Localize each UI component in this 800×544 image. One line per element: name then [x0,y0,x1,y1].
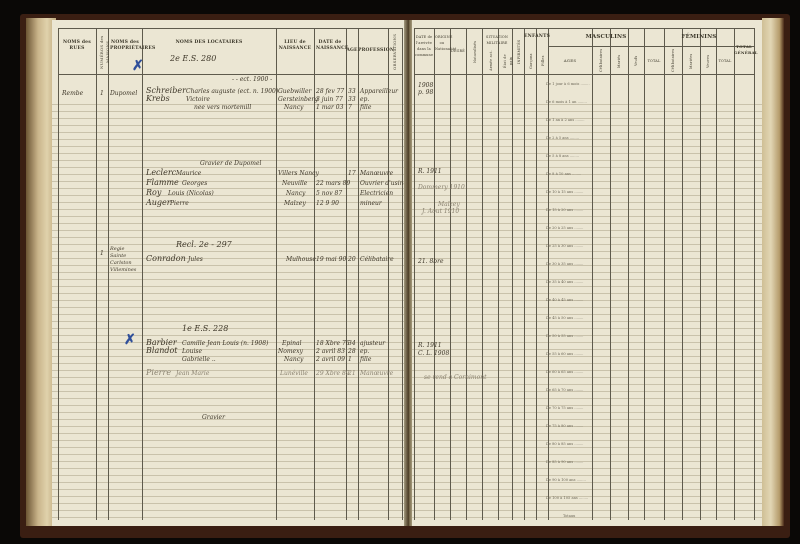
tenant-firstname: Jules [188,256,203,263]
birthdate: 18 Xbre 76 [316,340,350,347]
header-m-total: TOTAL [644,58,664,64]
age-range: De 1 jour à 6 mois [546,82,590,86]
annotation: Malzey [438,201,460,208]
header-armee-active: Armée act. [488,50,494,72]
annotation: C. L. 1908 [418,350,449,357]
age-range: De 45 à 50 ans [546,316,583,320]
tenant-surname: Blandot [146,346,178,355]
age-range: De 100 à 105 ans [546,496,588,500]
annotation: 1908 [418,82,433,89]
col-rule [498,28,499,520]
annotation: J. Aout 1910 [422,208,459,215]
header-top-rule [58,28,402,29]
birthplace: Nancy [284,356,303,363]
col-rule [276,28,277,520]
profession: Electricien [360,190,393,197]
birthdate: 3 juin 77 [316,96,343,103]
header-age: AGE [346,48,358,54]
age: 1 [348,356,352,363]
header-proprietaires: NOMS des PROPRIÉTAIRES [110,40,140,52]
col-rule [536,28,537,520]
tenant-surname: Leclerc [146,168,176,177]
age-range: De 10 à 15 ans [546,190,583,194]
col-rule [434,28,435,520]
birthdate: 2 avril 09 [316,356,345,363]
birthplace: Neuville [282,180,307,187]
age-range: De 85 à 90 ans [546,460,583,464]
tenant-firstname: Victoire [186,96,210,103]
header-observations: OBSERVATIONS [392,34,398,70]
col-rule [58,28,59,520]
header-mid-rule [548,46,754,47]
totals-label: Totaux [563,514,575,518]
col-rule [482,28,483,520]
section-heading: Gravier de Dupomel [200,160,261,167]
age-range: De 2 à 5 ans [546,136,579,140]
age: 20 [348,256,356,263]
header-ages: AGES [548,58,592,64]
col-rule [388,28,389,520]
birthplace: Nancy [284,104,303,111]
header-m-veufs: Veufs [633,50,639,72]
col-rule [402,28,403,520]
age: 33 [348,88,356,95]
profession: ajusteur [360,340,385,347]
header-situation: SITUATION MILITAIRE [482,34,512,46]
col-rule [664,28,665,520]
birthplace: Lunéville [280,370,308,377]
age: 28 [348,348,356,355]
header-enfants: ENFANTS [524,34,548,40]
birthplace: Villers Nancy [278,170,319,177]
age: 33 [348,96,356,103]
birthdate: 12 9 90 [316,200,339,207]
birthplace: Guebwiller [278,88,311,95]
col-rule [644,28,645,520]
header-degre: DEGRÉ [451,48,465,54]
header-profession: PROFESSION [358,48,388,54]
col-rule [610,28,611,520]
age-range: De 40 à 45 ans [546,298,583,302]
header-origine: ORIGINE ou Nationalité [435,34,449,52]
col-rule [524,28,525,520]
age: 21 [348,370,356,377]
birthdate: 5 nov 87 [316,190,342,197]
age-range: De 5 à 8 ans [546,154,579,158]
age-range: De 1 an à 2 ans [546,118,584,122]
birthplace: Nancy [286,190,305,197]
age-range: De 50 à 55 ans [546,334,583,338]
header-total-general: TOTAL GÉNÉRAL [734,44,754,56]
col-rule [358,28,359,520]
tenant-firstname: Georges [182,180,207,187]
age-range: De 25 à 30 ans [546,244,583,248]
tenant-surname: Auger [146,198,171,207]
age-range: De 70 à 75 ans [546,406,583,410]
header-masculins: MASCULINS [548,34,664,40]
tenant-firstname: Louis (Nicolas) [168,190,214,197]
age: 7 [348,104,352,111]
age-range: De 60 à 65 ans [546,370,583,374]
header-m-maries: Mariés [616,50,622,72]
profession: fille [360,356,371,363]
section-note: 1e E.S. 228 [182,324,228,333]
section-note: Recl. 2e - 297 [176,240,232,249]
house-number: 1 [100,250,104,257]
age-range: De 75 à 80 ans [546,424,583,428]
profession: ep. [360,96,369,103]
age-range: De 55 à 60 ans [546,352,583,356]
col-rule [734,28,735,520]
tenant-surname: Conradon [146,254,186,263]
tenant-surname: Pierre [146,368,171,377]
col-rule [682,28,683,520]
header-f-mariees: Mariées [688,50,694,72]
section-note: - - ect. 1900 - [232,76,272,83]
header-f-total: TOTAL [716,58,734,64]
col-rule [450,28,451,520]
col-rule [628,28,629,520]
birthplace: Gersteinberg [278,96,318,103]
profession: fille [360,104,371,111]
tenant-firstname: Maurice [176,170,201,177]
tenant-firstname: nee vers mortemill [194,104,251,111]
profession: Manœuvre [360,170,393,177]
age-range: De 15 à 20 ans [546,208,583,212]
col-rule [716,28,717,520]
birthplace: Malzey [284,200,306,207]
col-rule [96,28,97,520]
annotation: Dommery 1910 [418,184,465,191]
profession: ep. [360,348,369,355]
profession: Célibataire [360,256,394,263]
profession: Appareilleur [360,88,398,95]
owner-name: Dupomel [110,90,137,97]
header-f-celibataires: Célibataires [670,50,676,72]
col-rule [754,28,755,520]
header-bottom-rule [414,74,754,75]
profession: Manœuvre [360,370,393,377]
tenant-firstname: Camille Jean Louis (n. 1908) [182,340,268,347]
owner-name: Regie Sainte Carlston Villemines [110,246,140,274]
age-range: De 80 à 85 ans [546,442,583,446]
tenant-firstname: Gabrielle .. [182,356,216,363]
header-rues: NOMS des RUES [60,40,94,52]
col-rule [414,28,415,520]
street-name: Rembe [62,90,83,97]
birthdate: 29 Xbre 89 [316,370,350,377]
birthdate: 2 avril 83 [316,348,345,355]
house-number: 1 [100,90,104,97]
age-range: De 30 à 35 ans [546,262,583,266]
birthdate: 1 mar 03 [316,104,343,111]
header-filles: Filles [540,50,546,72]
header-date-arrivee: DATE de l'arrivée dans la commune [415,34,433,58]
age-range: De 20 à 25 ans [546,226,583,230]
col-rule [700,28,701,520]
birthdate: 22 mars 89 [316,180,350,187]
header-garcons: Garçons [528,50,534,72]
col-rule [512,28,513,520]
birthdate: 28 fev 77 [316,88,344,95]
col-rule [592,28,593,520]
header-infirmites: INFIRMITÉS [516,32,522,72]
section-heading: Gravier [202,414,225,421]
left-page: NOMS des RUES NUMÉROS des MAISONS NOMS d… [52,20,406,526]
tenant-surname: Roy [146,188,161,197]
header-top-rule [414,28,754,29]
tenant-surname: Krebs [146,94,170,103]
annotation: se rend à Cornimont [424,374,486,381]
birthplace: Mulhouse [286,256,316,263]
header-date: DATE de NAISSANCE [316,40,344,52]
birthplace: Epinal [282,340,302,347]
page-edges-right [762,18,784,526]
age: 34 [348,340,356,347]
tenant-surname: Flamme [146,178,179,187]
age-range: De 90 à 100 ans [546,478,586,482]
header-feminins: FÉMININS [664,34,734,40]
annotation: p. 98 [418,89,433,96]
age-range: De 8 à 10 ans [546,172,581,176]
header-bottom-rule [58,74,402,75]
header-m-celibataires: Célibataires [598,50,604,72]
col-rule [142,28,143,520]
header-naturalises: Naturalisés [472,32,478,72]
tenant-firstname: Jean Marie [176,370,209,377]
col-rule [108,28,109,520]
profession: mineur [360,200,382,207]
header-lieu: LIEU de NAISSANCE [278,40,312,52]
birthplace: Nomexy [278,348,303,355]
header-f-veuves: Veuves [705,50,711,72]
ruled-lines [412,98,762,520]
age-range: De 65 à 70 ans [546,388,583,392]
blue-cross-mark: ✗ [124,332,136,348]
age-range: De 35 à 40 ans [546,280,583,284]
birthdate: 19 mai 90 [316,256,346,263]
tenant-firstname: Pierre [170,200,189,207]
header-locataires: NOMS DES LOCATAIRES [144,40,274,46]
col-rule [466,28,467,520]
header-etat-paix: État de paix [502,50,514,72]
tenant-firstname: Charles auguste (ect. n. 1900) [186,88,278,95]
age: 17 [348,170,356,177]
age-range: De 6 mois à 1 an [546,100,587,104]
annotation: R. 1911 [418,342,442,349]
header-note: 2e E.S. 280 [170,54,216,63]
tenant-firstname: Louise [182,348,202,355]
profession: Ouvrier d'usine [360,180,407,187]
blue-cross-mark: ✗ [132,58,144,74]
col-rule [346,28,347,520]
right-page: DATE de l'arrivée dans la commune ORIGIN… [412,20,762,526]
annotation: R. 1911 [418,168,442,175]
annotation: 21. 8bre [418,258,444,265]
